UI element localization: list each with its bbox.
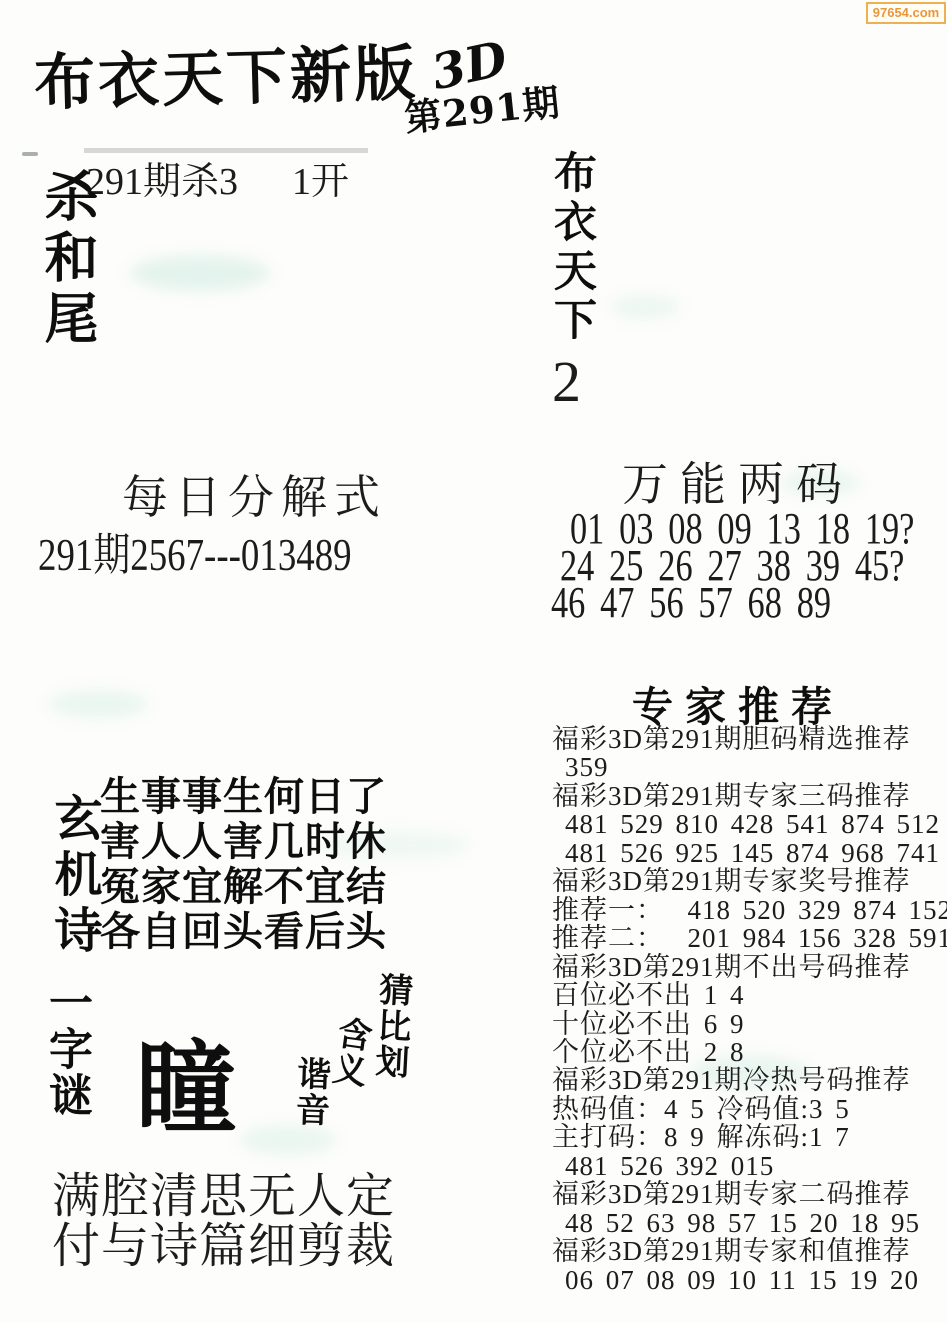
char-riddle-hint: 猜比划 — [369, 971, 413, 1081]
char-riddle-label: 一字谜 — [42, 980, 90, 1118]
expert-line: 百位必不出 1 4 — [552, 981, 944, 1009]
expert-line: 06 07 08 09 10 11 15 19 20 — [552, 1266, 944, 1294]
kill-line-open: 1开 — [292, 150, 349, 205]
expert-line: 热码值：4 5 冷码值:3 5 — [552, 1095, 944, 1123]
char-riddle-character: 瞳 — [136, 1008, 236, 1152]
expert-line: 福彩3D第291期专家和值推荐 — [552, 1237, 944, 1265]
expert-line: 48 52 63 98 57 15 20 18 95 — [552, 1209, 944, 1237]
site-watermark[interactable]: 97654.com — [866, 2, 946, 24]
issue-number: 第291期 — [402, 72, 563, 142]
expert-line: 福彩3D第291期专家三码推荐 — [552, 782, 944, 810]
right-vertical-label: 布衣天下 — [542, 150, 602, 346]
lottery-tip-sheet: 97654.com 布衣天下新版 3D 第291期 291期杀3 1开 杀和尾 … — [0, 0, 947, 1323]
two-codes-row: 46 47 56 57 68 89 — [551, 577, 831, 628]
couplet-line: 满腔清思无人定 — [52, 1172, 395, 1222]
poem-line: 生事事生何日了 — [100, 774, 387, 819]
left-vertical-label: 杀和尾 — [32, 168, 104, 351]
scan-smudge — [130, 255, 270, 291]
mystery-poem-label: 玄机诗 — [44, 793, 104, 961]
expert-line: 481 526 392 015 — [552, 1152, 944, 1180]
char-riddle-hint: 谐音 — [290, 1055, 330, 1128]
scan-artifact-dash — [22, 152, 38, 156]
poem-line: 冤家宜解不宜结 — [100, 864, 387, 909]
couplet-line: 付与诗篇细剪裁 — [52, 1222, 395, 1272]
expert-line: 主打码：8 9 解冻码:1 7 — [552, 1123, 944, 1151]
page-title: 布衣天下新版 — [33, 25, 419, 122]
char-riddle-hint: 含义 — [325, 1014, 373, 1091]
poem-line: 各自回头看后头 — [100, 909, 387, 954]
bottom-couplet: 满腔清思无人定 付与诗篇细剪裁 — [52, 1172, 395, 1272]
expert-line: 福彩3D第291期专家奖号推荐 — [552, 867, 944, 895]
expert-line: 福彩3D第291期不出号码推荐 — [552, 953, 944, 981]
kill-line: 291期杀3 1开 — [86, 150, 349, 205]
poem-line: 害人人害几时休 — [100, 819, 387, 864]
expert-line: 福彩3D第291期冷热号码推荐 — [552, 1066, 944, 1094]
expert-lines: 福彩3D第291期胆码精选推荐 359 福彩3D第291期专家三码推荐 481 … — [552, 725, 944, 1294]
expert-line: 481 526 925 145 874 968 741 — [552, 839, 944, 867]
expert-line: 481 529 810 428 541 874 512 — [552, 810, 944, 838]
scan-smudge — [48, 690, 148, 718]
expert-line: 福彩3D第291期胆码精选推荐 — [552, 725, 944, 753]
scan-smudge — [610, 295, 680, 319]
mystery-poem: 生事事生何日了 害人人害几时休 冤家宜解不宜结 各自回头看后头 — [100, 774, 387, 954]
expert-line: 推荐一： 418 520 329 874 152 — [552, 896, 944, 924]
kill-line-text: 291期杀3 — [86, 150, 238, 205]
expert-line: 推荐二： 201 984 156 328 591 — [552, 924, 944, 952]
right-vertical-number: 2 — [552, 348, 581, 415]
expert-line: 十位必不出 6 9 — [552, 1010, 944, 1038]
expert-line: 福彩3D第291期专家二码推荐 — [552, 1180, 944, 1208]
daily-decompose-formula: 291期2567---013489 — [38, 518, 352, 583]
expert-line: 359 — [552, 753, 944, 781]
expert-line: 个位必不出 2 8 — [552, 1038, 944, 1066]
scan-smudge — [240, 1125, 336, 1155]
